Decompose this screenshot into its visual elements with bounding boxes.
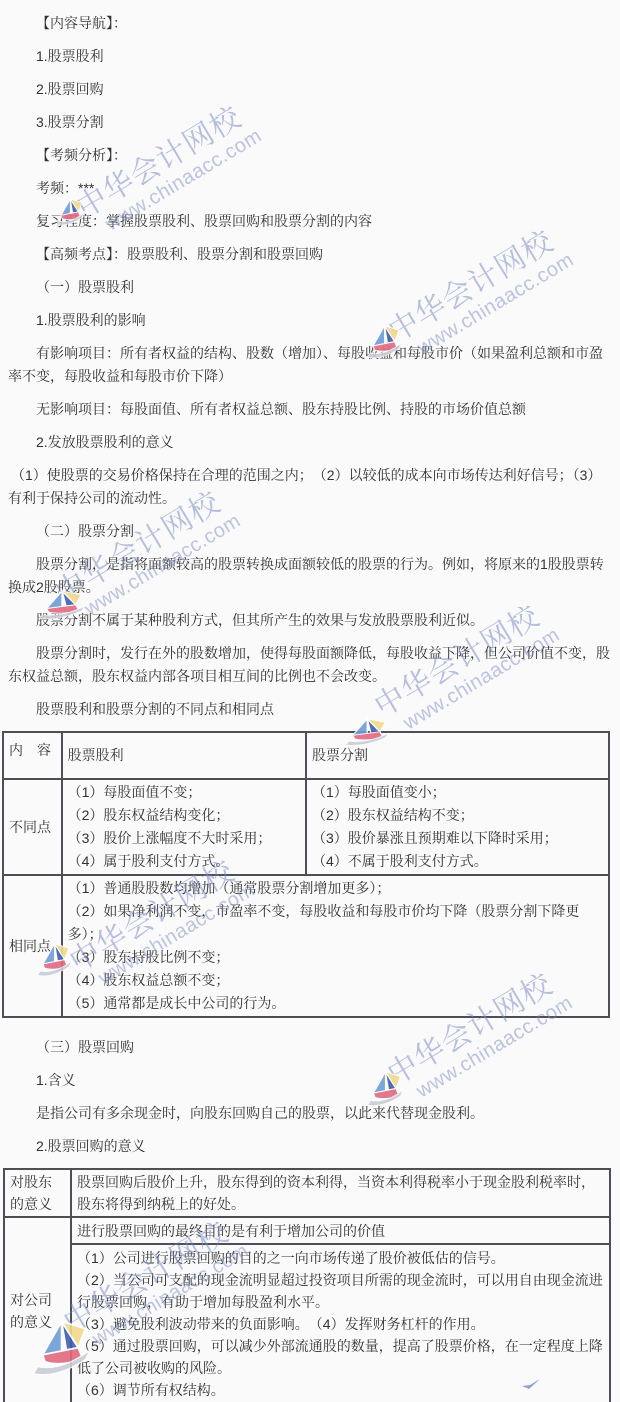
list-item: （1）每股面值不变； (68, 781, 300, 804)
paragraph: 无影响项目：每股面值、所有者权益总额、股东持股比例、持股的市场价值总额 (8, 398, 612, 421)
table-cell-company-headline: 进行股票回购的最终目的是有利于增加公司的价值 (71, 1217, 610, 1244)
paragraph: 1.股票股利的影响 (8, 309, 612, 332)
table-row-differences: 不同点 （1）每股面值不变； （2）股东权益结构变化； （3）股价上涨幅度不大时… (3, 779, 609, 875)
table-cell-similarities: （1）普通股股数均增加（通常股票分割增加更多）； （2）如果净利润不变，市盈率不… (62, 875, 609, 1017)
table-cell-stock-split: （1）每股面值变小； （2）股东权益结构不变； （3）股价暴涨且预期难以下降时采… (306, 779, 609, 875)
list-item: （5）通常都是成长中公司的行为。 (68, 992, 603, 1015)
table-cell-stock-dividend: （1）每股面值不变； （2）股东权益结构变化； （3）股价上涨幅度不大时采用； … (62, 779, 306, 875)
row-label-cell: 相同点 (3, 875, 62, 1017)
document-page: 【内容导航】： 1.股票股利 2.股票回购 3.股票分割 【考频分析】： 考频：… (0, 0, 620, 1402)
paragraph: 股票分割不属于某种股利方式，但其所产生的效果与发放股票股利近似。 (8, 609, 612, 632)
paragraph: （二）股票分割 (8, 520, 612, 543)
table-cell-shareholder-meaning: 股票回购后股价上升，股东得到的资本利得，当资本利得税率小于现金股利税率时，股东将… (71, 1169, 610, 1217)
paragraph: （三）股票回购 (8, 1036, 612, 1059)
paragraph: 【考频分析】： (8, 144, 612, 167)
paragraph: 股票股利和股票分割的不同点和相同点 (8, 698, 612, 721)
document-content: 【内容导航】： 1.股票股利 2.股票回购 3.股票分割 【考频分析】： 考频：… (0, 0, 620, 1402)
table-header-cell: 内 容 (3, 732, 62, 779)
meaning-table: 对股东的意义 股票回购后股价上升，股东得到的资本利得，当资本利得税率小于现金股利… (3, 1168, 611, 1402)
list-item: （5）通过股票回购，可以减少外部流通股的数量，提高了股票价格，在一定程度上降低了… (77, 1335, 604, 1379)
paragraph: 1.含义 (8, 1069, 612, 1092)
paragraph: 【高频考点】：股票股利、股票分割和股票回购 (8, 243, 612, 266)
list-item: （2）股东权益结构不变； (312, 804, 603, 827)
table-row-shareholder: 对股东的意义 股票回购后股价上升，股东得到的资本利得，当资本利得税率小于现金股利… (4, 1169, 610, 1217)
comparison-table: 内 容 股票股利 股票分割 不同点 （1）每股面值不变； （2）股东权益结构变化… (2, 731, 610, 1018)
list-item: （3）股价暴涨且预期难以下降时采用； (312, 827, 603, 850)
paragraph: （1）使股票的交易价格保持在合理的范围之内； （2）以较低的成本向市场传达利好信… (8, 464, 612, 510)
table-header-row: 内 容 股票股利 股票分割 (3, 732, 609, 779)
paragraph: 股票分割，是指将面额较高的股票转换成面额较低的股票的行为。例如，将原来的1股股票… (8, 553, 612, 599)
list-item: （2）股东权益结构变化； (68, 804, 300, 827)
list-item: （4）不属于股利支付方式。 (312, 850, 603, 873)
table-header-cell: 股票股利 (62, 732, 306, 779)
list-item: （6）调节所有权结构。 (77, 1379, 604, 1401)
list-item: （2）当公司可支配的现金流明显超过投资项目所需的现金流时，可以用自由现金流进行股… (77, 1269, 604, 1313)
row-label-cell: 对股东的意义 (4, 1169, 71, 1217)
row-label-cell: 不同点 (3, 779, 62, 875)
table-row-company-items: （1）公司进行股票回购的目的之一向市场传递了股价被低估的信号。 （2）当公司可支… (4, 1244, 610, 1402)
paragraph: 考频：*** (8, 177, 612, 200)
paragraph: 3.股票分割 (8, 111, 612, 134)
list-item: （1）每股面值变小； (312, 781, 603, 804)
table-cell-company-meaning: （1）公司进行股票回购的目的之一向市场传递了股价被低估的信号。 （2）当公司可支… (71, 1244, 610, 1402)
paragraph: 有影响项目：所有者权益的结构、股数（增加）、每股收益和每股市价（如果盈利总额和市… (8, 342, 612, 388)
paragraph: 复习程度：掌握股票股利、股票回购和股票分割的内容 (8, 210, 612, 233)
list-item: （2）如果净利润不变，市盈率不变，每股收益和每股市价均下降（股票分割下降更多）； (68, 900, 603, 946)
paragraph: （一）股票股利 (8, 276, 612, 299)
list-item: （3）股价上涨幅度不大时采用； (68, 827, 300, 850)
table-header-cell: 股票分割 (306, 732, 609, 779)
paragraph: 【内容导航】： (8, 12, 612, 35)
paragraph: 股票分割时，发行在外的股数增加，使得每股面额降低，每股收益下降，但公司价值不变，… (8, 642, 612, 688)
paragraph: 2.股票回购的意义 (8, 1135, 612, 1158)
table-row-company-headline: 对公司的意义 进行股票回购的最终目的是有利于增加公司的价值 (4, 1217, 610, 1244)
list-item: （4）股东权益总额不变； (68, 969, 603, 992)
paragraph: 2.发放股票股利的意义 (8, 431, 612, 454)
list-item: （1）普通股股数均增加（通常股票分割增加更多）； (68, 877, 603, 900)
list-item: （3）避免股利波动带来的负面影响。 （4）发挥财务杠杆的作用。 (77, 1313, 604, 1335)
row-label-cell: 对公司的意义 (4, 1217, 71, 1402)
list-item: （4）属于股利支付方式。 (68, 850, 300, 873)
paragraph: 1.股票股利 (8, 45, 612, 68)
list-item: （3）股东持股比例不变； (68, 946, 603, 969)
table-row-similarities: 相同点 （1）普通股股数均增加（通常股票分割增加更多）； （2）如果净利润不变，… (3, 875, 609, 1017)
paragraph: 是指公司有多余现金时，向股东回购自己的股票，以此来代替现金股利。 (8, 1102, 612, 1125)
list-item: （1）公司进行股票回购的目的之一向市场传递了股价被低估的信号。 (77, 1247, 604, 1269)
paragraph: 2.股票回购 (8, 78, 612, 101)
